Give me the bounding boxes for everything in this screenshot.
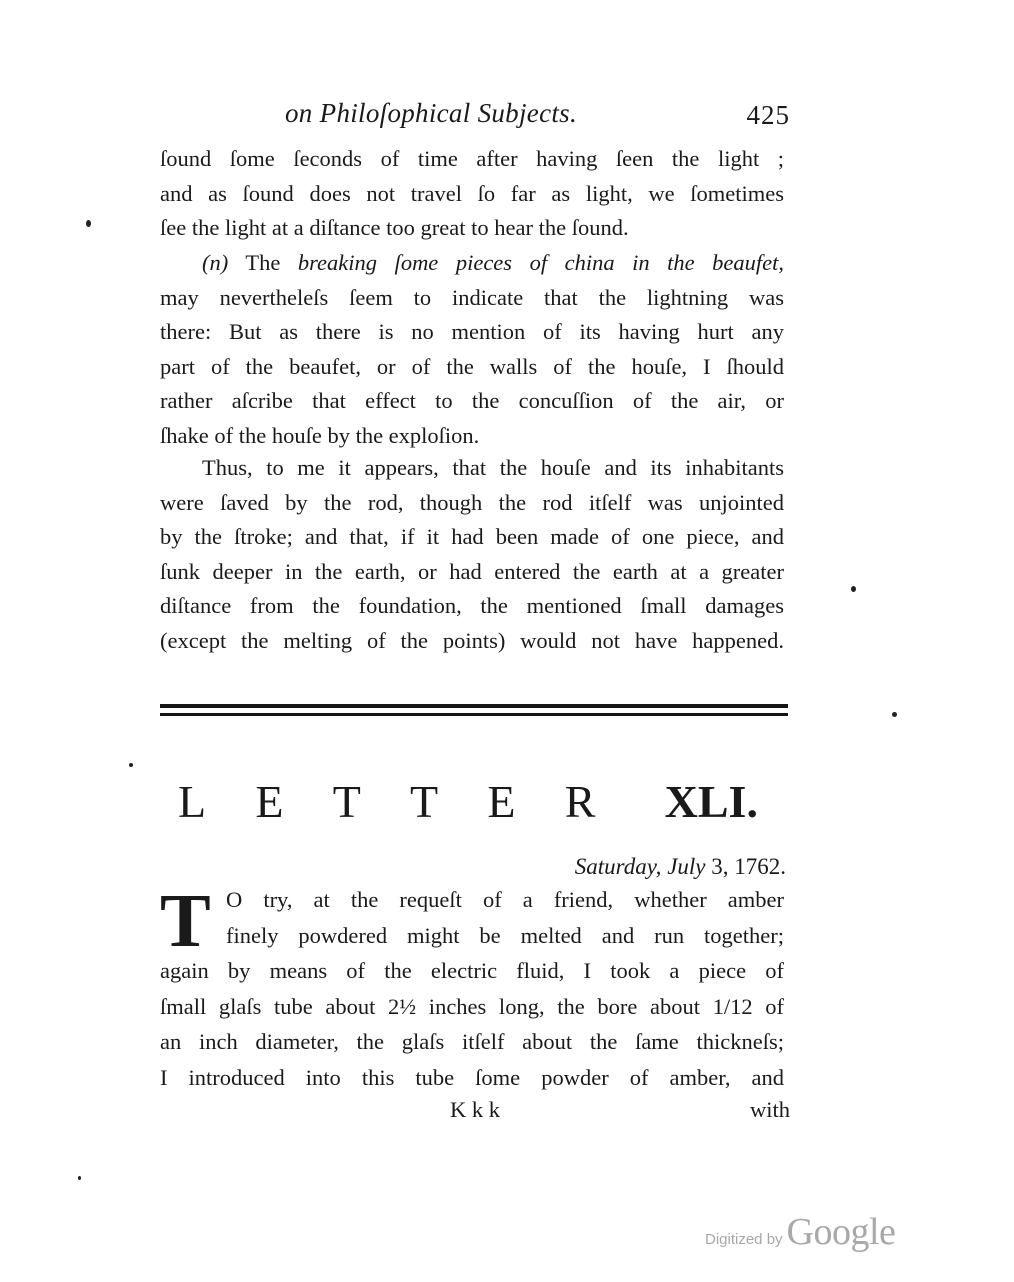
text-line: ſunk deeper in the earth, or had entered… bbox=[160, 555, 784, 590]
lead-word: The bbox=[245, 250, 280, 275]
italic-phrase: breaking ſome pieces of china in the bea… bbox=[298, 250, 784, 275]
heading-letter: T bbox=[410, 775, 438, 828]
text-line: again by means of the electric fluid, I … bbox=[160, 953, 784, 989]
text-line: ſmall glaſs tube about 2½ inches long, t… bbox=[160, 989, 784, 1025]
heading-letter: E bbox=[487, 775, 515, 828]
text-line: ſee the light at a diſtance too great to… bbox=[160, 211, 784, 246]
page-header: on Philoſophical Subjects. 425 bbox=[160, 98, 790, 138]
catchword: with bbox=[750, 1097, 790, 1123]
double-rule-bottom bbox=[160, 713, 788, 716]
text-line: finely powdered might be melted and run … bbox=[160, 918, 784, 954]
signature-mark: K k k bbox=[450, 1097, 500, 1123]
scan-speck bbox=[129, 763, 133, 767]
scan-speck bbox=[892, 712, 897, 717]
text-line: there: But as there is no mention of its… bbox=[160, 315, 784, 350]
text-line: by the ſtroke; and that, if it had been … bbox=[160, 520, 784, 555]
note-label: (n) bbox=[202, 250, 228, 275]
page-footer: K k k with bbox=[160, 1097, 790, 1127]
conclusion-paragraph: Thus, to me it appears, that the houſe a… bbox=[160, 451, 784, 658]
double-rule-top bbox=[160, 704, 788, 708]
letter-heading: L E T T E R XLI. bbox=[178, 775, 758, 828]
text-line: diſtance from the foundation, the mentio… bbox=[160, 589, 784, 624]
text-line: rather aſcribe that effect to the concuſ… bbox=[160, 384, 784, 419]
text-line: may nevertheleſs ſeem to indicate that t… bbox=[160, 281, 784, 316]
date-rest: 3, 1762. bbox=[711, 854, 786, 879]
text-line: Thus, to me it appears, that the houſe a… bbox=[160, 451, 784, 486]
running-title: on Philoſophical Subjects. bbox=[285, 98, 577, 129]
book-page: on Philoſophical Subjects. 425 ſound ſom… bbox=[0, 0, 1014, 1282]
text-line: I introduced into this tube ſome powder … bbox=[160, 1060, 784, 1096]
text-line: ſhake of the houſe by the exploſion. bbox=[160, 419, 784, 454]
heading-letter: L bbox=[178, 775, 206, 828]
watermark-prefix: Digitized by bbox=[705, 1231, 783, 1248]
google-logo: Google bbox=[787, 1210, 896, 1254]
text-line: (n) The breaking ſome pieces of china in… bbox=[160, 246, 784, 281]
text-line: (except the melting of the points) would… bbox=[160, 624, 784, 659]
scan-speck bbox=[78, 1176, 81, 1180]
heading-letter: R bbox=[565, 775, 596, 828]
letter-number: XLI. bbox=[665, 775, 758, 828]
text-line: O try, at the requeſt of a friend, wheth… bbox=[160, 882, 784, 918]
text-line: were ſaved by the rod, though the rod it… bbox=[160, 486, 784, 521]
text-line: an inch diameter, the glaſs itſelf about… bbox=[160, 1024, 784, 1060]
heading-letter: T bbox=[333, 775, 361, 828]
date-month: July bbox=[667, 854, 705, 879]
text-line: part of the beaufet, or of the walls of … bbox=[160, 350, 784, 385]
text-line: and as ſound does not travel ſo far as l… bbox=[160, 177, 784, 212]
heading-letter: E bbox=[255, 775, 283, 828]
text-line: ſound ſome ſeconds of time after having … bbox=[160, 142, 784, 177]
google-watermark: Digitized by Google bbox=[705, 1210, 895, 1254]
footnote-paragraph: (n) The breaking ſome pieces of china in… bbox=[160, 246, 784, 453]
page-number: 425 bbox=[747, 100, 791, 131]
dateline: Saturday, July 3, 1762. bbox=[575, 854, 786, 880]
scan-speck bbox=[86, 220, 91, 227]
date-day: Saturday, bbox=[575, 854, 662, 879]
letter-body: O try, at the requeſt of a friend, wheth… bbox=[160, 882, 784, 1095]
scan-speck bbox=[851, 586, 856, 592]
paragraph-continuation: ſound ſome ſeconds of time after having … bbox=[160, 142, 784, 246]
